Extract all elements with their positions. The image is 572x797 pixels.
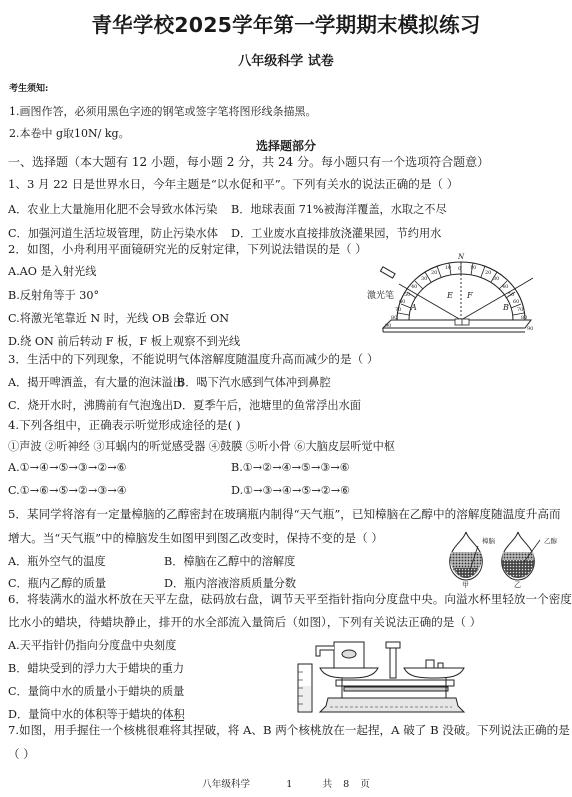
question-items: ①声波 ②听神经 ③耳蜗内的听觉感受器 ④鼓膜 ⑤听小骨 ⑥大脑皮层听觉中枢: [8, 438, 395, 454]
option-c: C．加强河道生活垃圾管理，防止污染水体: [8, 225, 218, 241]
option-d: D.绕 ON 前后转动 F 板，F 板上观察不到光线: [8, 333, 240, 349]
svg-text:10: 10: [470, 265, 476, 271]
svg-text:E: E: [446, 291, 453, 300]
svg-text:B: B: [502, 303, 509, 312]
balance-scale-icon: [292, 636, 472, 716]
option-b: B．樟脑在乙醇中的溶解度: [164, 553, 295, 569]
balance-overflow-cup-figure: [292, 636, 472, 716]
svg-text:50: 50: [508, 292, 514, 298]
svg-text:30: 30: [493, 276, 499, 282]
svg-text:A: A: [410, 303, 417, 312]
option-c: C．瓶内乙醇的质量: [8, 575, 106, 591]
option-a: A．揭开啤酒盖，有大量的泡沫溢出: [8, 374, 184, 390]
notice-item: 1.画图作答，必须用黑色字迹的钢笔或签字笔将图形线条描黑。: [9, 103, 317, 119]
question-stem: 7.如图，用手握住一个核桃很难将其捏破，将 A、B 两个核桃放在一起捏，A 破了…: [8, 722, 570, 738]
camphor-label: 樟脑: [482, 536, 495, 545]
bottle-a-label: 甲: [462, 580, 469, 590]
exam-subtitle: 八年级科学 试卷: [0, 50, 572, 69]
svg-text:80: 80: [391, 315, 397, 321]
page-footer: 八年级科学 1 共 8 页: [0, 776, 572, 790]
weather-bottle-figure: 樟脑 乙醇 甲 乙: [440, 526, 570, 588]
question-stem: 3．生活中的下列现象，不能说明气体溶解度随温度升高而减少的是（ ）: [8, 351, 378, 367]
section-instruction: 一、选择题（本大题有 12 小题，每小题 2 分，共 24 分。每小题只有一个选…: [8, 153, 489, 170]
svg-text:70: 70: [517, 307, 523, 313]
question-stem: 5．某同学将溶有一定量樟脑的乙醇密封在玻璃瓶内制得“天气瓶”，已知樟脑在乙醇中的…: [8, 506, 561, 522]
option-b: B．地球表面 71%被海洋覆盖，水取之不尽: [231, 201, 447, 217]
option-a: A.①→④→⑤→③→②→⑥: [8, 461, 127, 474]
option-b: B.反射角等于 30°: [8, 287, 99, 303]
footer-total-pages: 共 8 页: [322, 779, 369, 790]
svg-text:20: 20: [431, 270, 437, 276]
question-stem-cont: （ ）: [8, 746, 35, 762]
svg-text:80: 80: [521, 315, 527, 321]
svg-text:F: F: [466, 291, 473, 300]
option-d: D．夏季午后，池塘里的鱼常浮出水面: [173, 397, 361, 413]
svg-text:20: 20: [485, 270, 491, 276]
option-c: C.①→⑥→⑤→②→③→④: [8, 484, 127, 497]
option-b: B.①→②→④→⑤→③→⑥: [231, 461, 350, 474]
bottle-b-label: 乙: [514, 580, 521, 590]
svg-text:40: 40: [502, 284, 508, 290]
svg-text:N: N: [457, 253, 465, 261]
svg-text:90: 90: [385, 323, 391, 329]
option-a: A.天平指针仍指向分度盘中央刻度: [8, 637, 176, 653]
option-d: D.①→③→④→⑤→②→⑥: [231, 484, 350, 497]
svg-text:50: 50: [404, 292, 410, 298]
notice-heading: 考生须知:: [9, 81, 48, 94]
question-stem: 1、3 月 22 日是世界水日，今年主题是“以水促和平”。下列有关水的说法正确的…: [8, 176, 458, 192]
svg-text:60: 60: [513, 299, 519, 305]
ethanol-label: 乙醇: [544, 536, 557, 545]
option-d: D．量筒中水的体积等于蜡块的体积: [8, 706, 185, 722]
section-title: 选择题部分: [0, 137, 572, 154]
option-c: C．量筒中水的质量小于蜡块的质量: [8, 683, 184, 699]
svg-text:0: 0: [458, 266, 461, 272]
svg-text:60: 60: [399, 299, 405, 305]
footer-subject: 八年级科学: [202, 779, 250, 790]
option-c: C．烧开水时，沸腾前有气泡逸出: [8, 397, 173, 413]
question-stem: 2．如图，小舟利用平面镜研究光的反射定律，下列说法错误的是（ ）: [8, 241, 367, 257]
option-d: D．瓶内溶液溶质质量分数: [164, 575, 296, 591]
laser-pen-label: 激光笔: [367, 288, 394, 301]
option-a: A.AO 是入射光线: [8, 263, 96, 279]
option-b: B．蜡块受到的浮力大于蜡块的重力: [8, 660, 184, 676]
svg-text:40: 40: [411, 284, 417, 290]
question-stem: 6．将装满水的溢水杯放在天平左盘，砝码放右盘，调节天平至指针指向分度盘中央。向溢…: [8, 591, 572, 607]
svg-text:30: 30: [421, 276, 427, 282]
option-d: D．工业废水直接排放浇灌果园，节约用水: [231, 225, 441, 241]
svg-text:90: 90: [527, 326, 533, 332]
reflection-experiment-figure: N E F A B 0 10 10 20 20 30 30 40 40 50 5…: [375, 250, 545, 342]
question-stem-cont: 比水小的蜡块，待蜡块静止，排开的水全部流入量筒后（如图），下列有关说法正确的是（…: [8, 614, 481, 630]
svg-text:10: 10: [445, 265, 451, 271]
option-a: A．瓶外空气的温度: [8, 553, 106, 569]
question-stem: 4.下列各组中，正确表示听觉形成途径的是( ): [8, 417, 240, 433]
footer-page-number: 1: [286, 779, 292, 790]
underline-mark: [170, 720, 184, 721]
protractor-mirror-icon: N E F A B 0 10 10 20 20 30 30 40 40 50 5…: [375, 250, 545, 342]
option-c: C.将激光笔靠近 N 时，光线 OB 会靠近 ON: [8, 310, 229, 326]
option-a: A．农业上大量施用化肥不会导致水体污染: [8, 201, 217, 217]
svg-text:70: 70: [395, 307, 401, 313]
option-b: B．喝下汽水感到气体冲到鼻腔: [177, 374, 331, 390]
question-stem-cont: 增大。当“天气瓶”中的樟脑发生如图甲到图乙改变时，保持不变的是（ ）: [8, 530, 383, 546]
exam-title: 青华学校2025学年第一学期期末模拟练习: [0, 8, 572, 38]
